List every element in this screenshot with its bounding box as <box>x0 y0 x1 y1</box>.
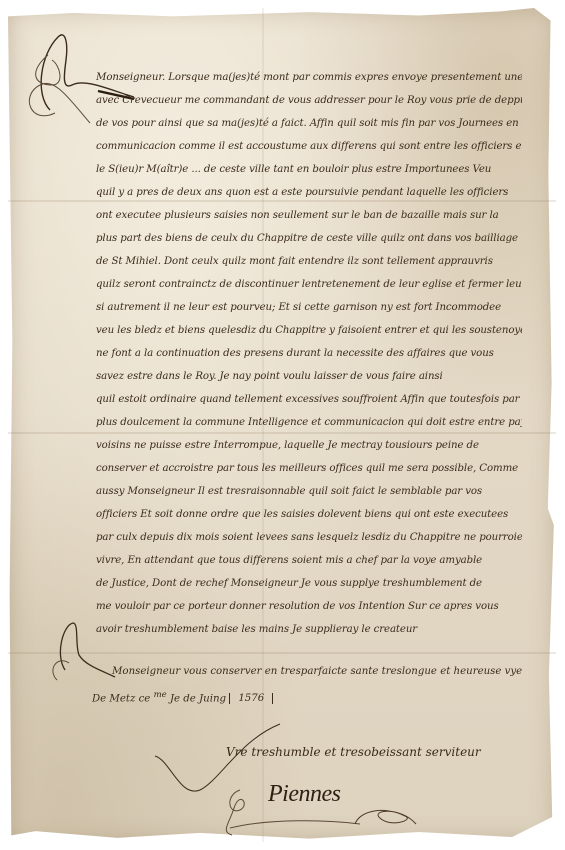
signature: Piennes <box>268 781 340 808</box>
body-line: de St Mihiel. Dont ceulx quilz mont fait… <box>96 255 522 269</box>
body-line: ont executee plusieurs saisies non seull… <box>96 209 522 223</box>
date-line: De Metz ce me Je de Juing 1576 <box>92 690 273 704</box>
body-line: aussy Monseigneur Il est tresraisonnable… <box>96 485 522 499</box>
body-line: quil y a pres de deux ans quon est a est… <box>96 186 522 200</box>
date-place: De Metz ce <box>92 693 150 704</box>
body-line: savez estre dans le Roy. Je nay point vo… <box>96 370 522 384</box>
paper-fold-line <box>8 652 556 654</box>
date-day-month: Je de Juing <box>170 693 226 704</box>
subscription: Vre treshumble et tresobeissant serviteu… <box>226 745 481 759</box>
body-line: si autrement il ne leur est pourveu; Et … <box>96 301 522 315</box>
body-line: officiers Et soit donne ordre que les sa… <box>96 508 522 522</box>
body-line: vivre, En attendant que tous differens s… <box>96 554 522 568</box>
body-line: de vos pour ainsi que sa ma(jes)té a fai… <box>96 117 522 131</box>
body-line: plus doulcement la commune Intelligence … <box>96 416 522 430</box>
body-line: avec Crevecueur me commandant de vous ad… <box>96 94 522 108</box>
paper-fold-line <box>8 432 556 434</box>
body-line: conserver et accroistre par tous les mei… <box>96 462 522 476</box>
body-line: de Justice, Dont de rechef Monseigneur J… <box>96 577 522 591</box>
date-year: 1576 <box>229 693 273 704</box>
body-line: avoir treshumblement baise les mains Je … <box>96 623 522 637</box>
body-line: communicacion comme il est accoustume au… <box>96 140 522 154</box>
body-line: plus part des biens de ceulx du Chappitr… <box>96 232 522 246</box>
body-line: me vouloir par ce porteur donner resolut… <box>96 600 522 614</box>
closing-line: Monseigneur vous conserver en tresparfai… <box>112 666 522 677</box>
body-line: Monseigneur. Lorsque ma(jes)té mont par … <box>96 71 522 85</box>
date-superscript: me <box>154 690 167 700</box>
body-line: par culx depuis dix mois soient levees s… <box>96 531 522 545</box>
body-line: quil estoit ordinaire quand tellement ex… <box>96 393 522 407</box>
body-line: voisins ne puisse estre Interrompue, laq… <box>96 439 522 453</box>
paper-fold-line <box>8 200 556 202</box>
body-line: le S(ieu)r M(aîtr)e ... de ceste ville t… <box>96 163 522 177</box>
body-line: veu les bledz et biens quelesdiz du Chap… <box>96 324 522 338</box>
body-line: quilz seront contrainctz de discontinuer… <box>96 278 522 292</box>
body-line: ne font a la continuation des presens du… <box>96 347 522 361</box>
